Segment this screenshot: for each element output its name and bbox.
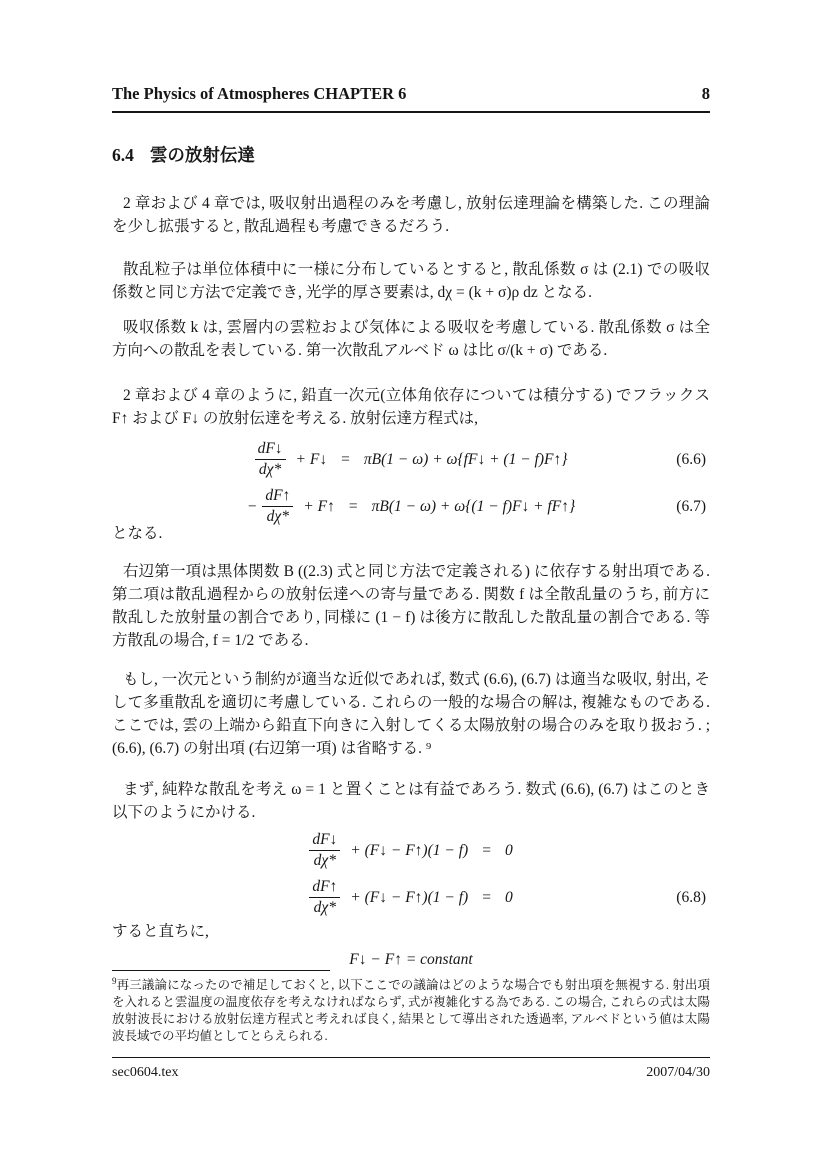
footnote-text: 再三議論になったので補足しておくと, 以下ここでの議論はどのような場合でも射出項… <box>112 978 710 1043</box>
text-tonaru: となる. <box>112 522 710 545</box>
eq67-equals: = <box>349 498 358 516</box>
paragraph-scattering-coefficient: 散乱粒子は単位体積中に一様に分布しているとすると, 散乱係数 σ は (2.1)… <box>112 258 710 304</box>
section-heading: 6.4雲の放射伝達 <box>112 142 710 167</box>
eq68a-equals: = <box>482 842 491 860</box>
section-number: 6.4 <box>112 145 134 165</box>
equation-constant: F↓ − F↑ = constant <box>112 948 710 972</box>
eq68a-fraction: dF↓dχ* <box>309 832 340 870</box>
footer-date: 2007/04/30 <box>646 1065 710 1081</box>
eq68b-fraction: dF↑dχ* <box>309 879 340 917</box>
eq68b-rhs: 0 <box>505 889 513 907</box>
equation-6.8a: dF↓dχ* + (F↓ − F↑)(1 − f) = 0 <box>112 827 710 874</box>
section-title: 雲の放射伝達 <box>150 145 255 165</box>
document-page: The Physics of Atmospheres CHAPTER 6 8 6… <box>112 0 710 1169</box>
paragraph-term-explanation: 右辺第一項は黒体関数 B ((2.3) 式と同じ方法で定義される) に依存する射… <box>112 560 710 652</box>
header-page-number: 8 <box>702 84 710 104</box>
eq68b-lhs: dF↑dχ* <box>309 879 340 917</box>
paragraph-flux-setup: 2 章および 4 章のように, 鉛直一次元(立体角依存については積分する) でフ… <box>112 384 710 430</box>
running-header: The Physics of Atmospheres CHAPTER 6 8 <box>112 84 710 113</box>
paragraph-pure-scattering: まず, 純粋な散乱を考え ω = 1 と置くことは有益であろう. 数式 (6.6… <box>112 778 710 824</box>
eq68-number: (6.8) <box>676 889 706 907</box>
eq66-fraction: dF↓dχ* <box>255 441 286 479</box>
equation-group-68: dF↓dχ* + (F↓ − F↑)(1 − f) = 0 dF↑dχ* + (… <box>112 827 710 921</box>
eq67-rhs: πB(1 − ω) + ω{(1 − f)F↓ + fF↑} <box>372 498 576 516</box>
eq67-prefix: − <box>247 498 257 516</box>
page-footer: sec0604.tex 2007/04/30 <box>112 1057 710 1081</box>
eq68b-lhs-rest: + (F↓ − F↑)(1 − f) <box>350 889 468 907</box>
eq68a-rhs: 0 <box>505 842 513 860</box>
header-title: The Physics of Atmospheres CHAPTER 6 <box>112 84 406 104</box>
footnote: 9再三議論になったので補足しておくと, 以下ここでの議論はどのような場合でも射出… <box>112 977 710 1045</box>
eq67-lhs: dF↑dχ* <box>262 488 293 526</box>
footnote-rule <box>112 970 330 971</box>
eq68a-lhs-rest: + (F↓ − F↑)(1 − f) <box>350 842 468 860</box>
eq66-lhs: dF↓dχ* <box>255 441 286 479</box>
equation-group-66-67: dF↓dχ* + F↓ = πB(1 − ω) + ω{fF↓ + (1 − f… <box>112 436 710 530</box>
equation-6.6: dF↓dχ* + F↓ = πB(1 − ω) + ω{fF↓ + (1 − f… <box>112 436 710 483</box>
eq68a-lhs: dF↓dχ* <box>309 832 340 870</box>
paragraph-intro: 2 章および 4 章では, 吸収射出過程のみを考慮し, 放射伝達理論を構築した.… <box>112 192 710 238</box>
equation-6.8b: dF↑dχ* + (F↓ − F↑)(1 − f) = 0 (6.8) <box>112 874 710 921</box>
eq66-number: (6.6) <box>676 451 706 469</box>
paragraph-one-dimensional: もし, 一次元という制約が適当な近似であれば, 数式 (6.6), (6.7) … <box>112 668 710 760</box>
eq67-number: (6.7) <box>676 498 706 516</box>
paragraph-absorption-coefficient: 吸収係数 k は, 雲層内の雲粒および気体による吸収を考慮している. 散乱係数 … <box>112 316 710 362</box>
eq67-fraction: dF↑dχ* <box>262 488 293 526</box>
eq66-rhs: πB(1 − ω) + ω{fF↓ + (1 − f)F↑} <box>364 451 568 469</box>
text-suruto: すると直ちに, <box>112 920 710 943</box>
eq66-lhs-rest: + F↓ <box>296 451 328 469</box>
eq66-equals: = <box>341 451 350 469</box>
footer-filename: sec0604.tex <box>112 1065 178 1081</box>
eq68b-equals: = <box>482 889 491 907</box>
eq67-lhs-rest: + F↑ <box>303 498 335 516</box>
